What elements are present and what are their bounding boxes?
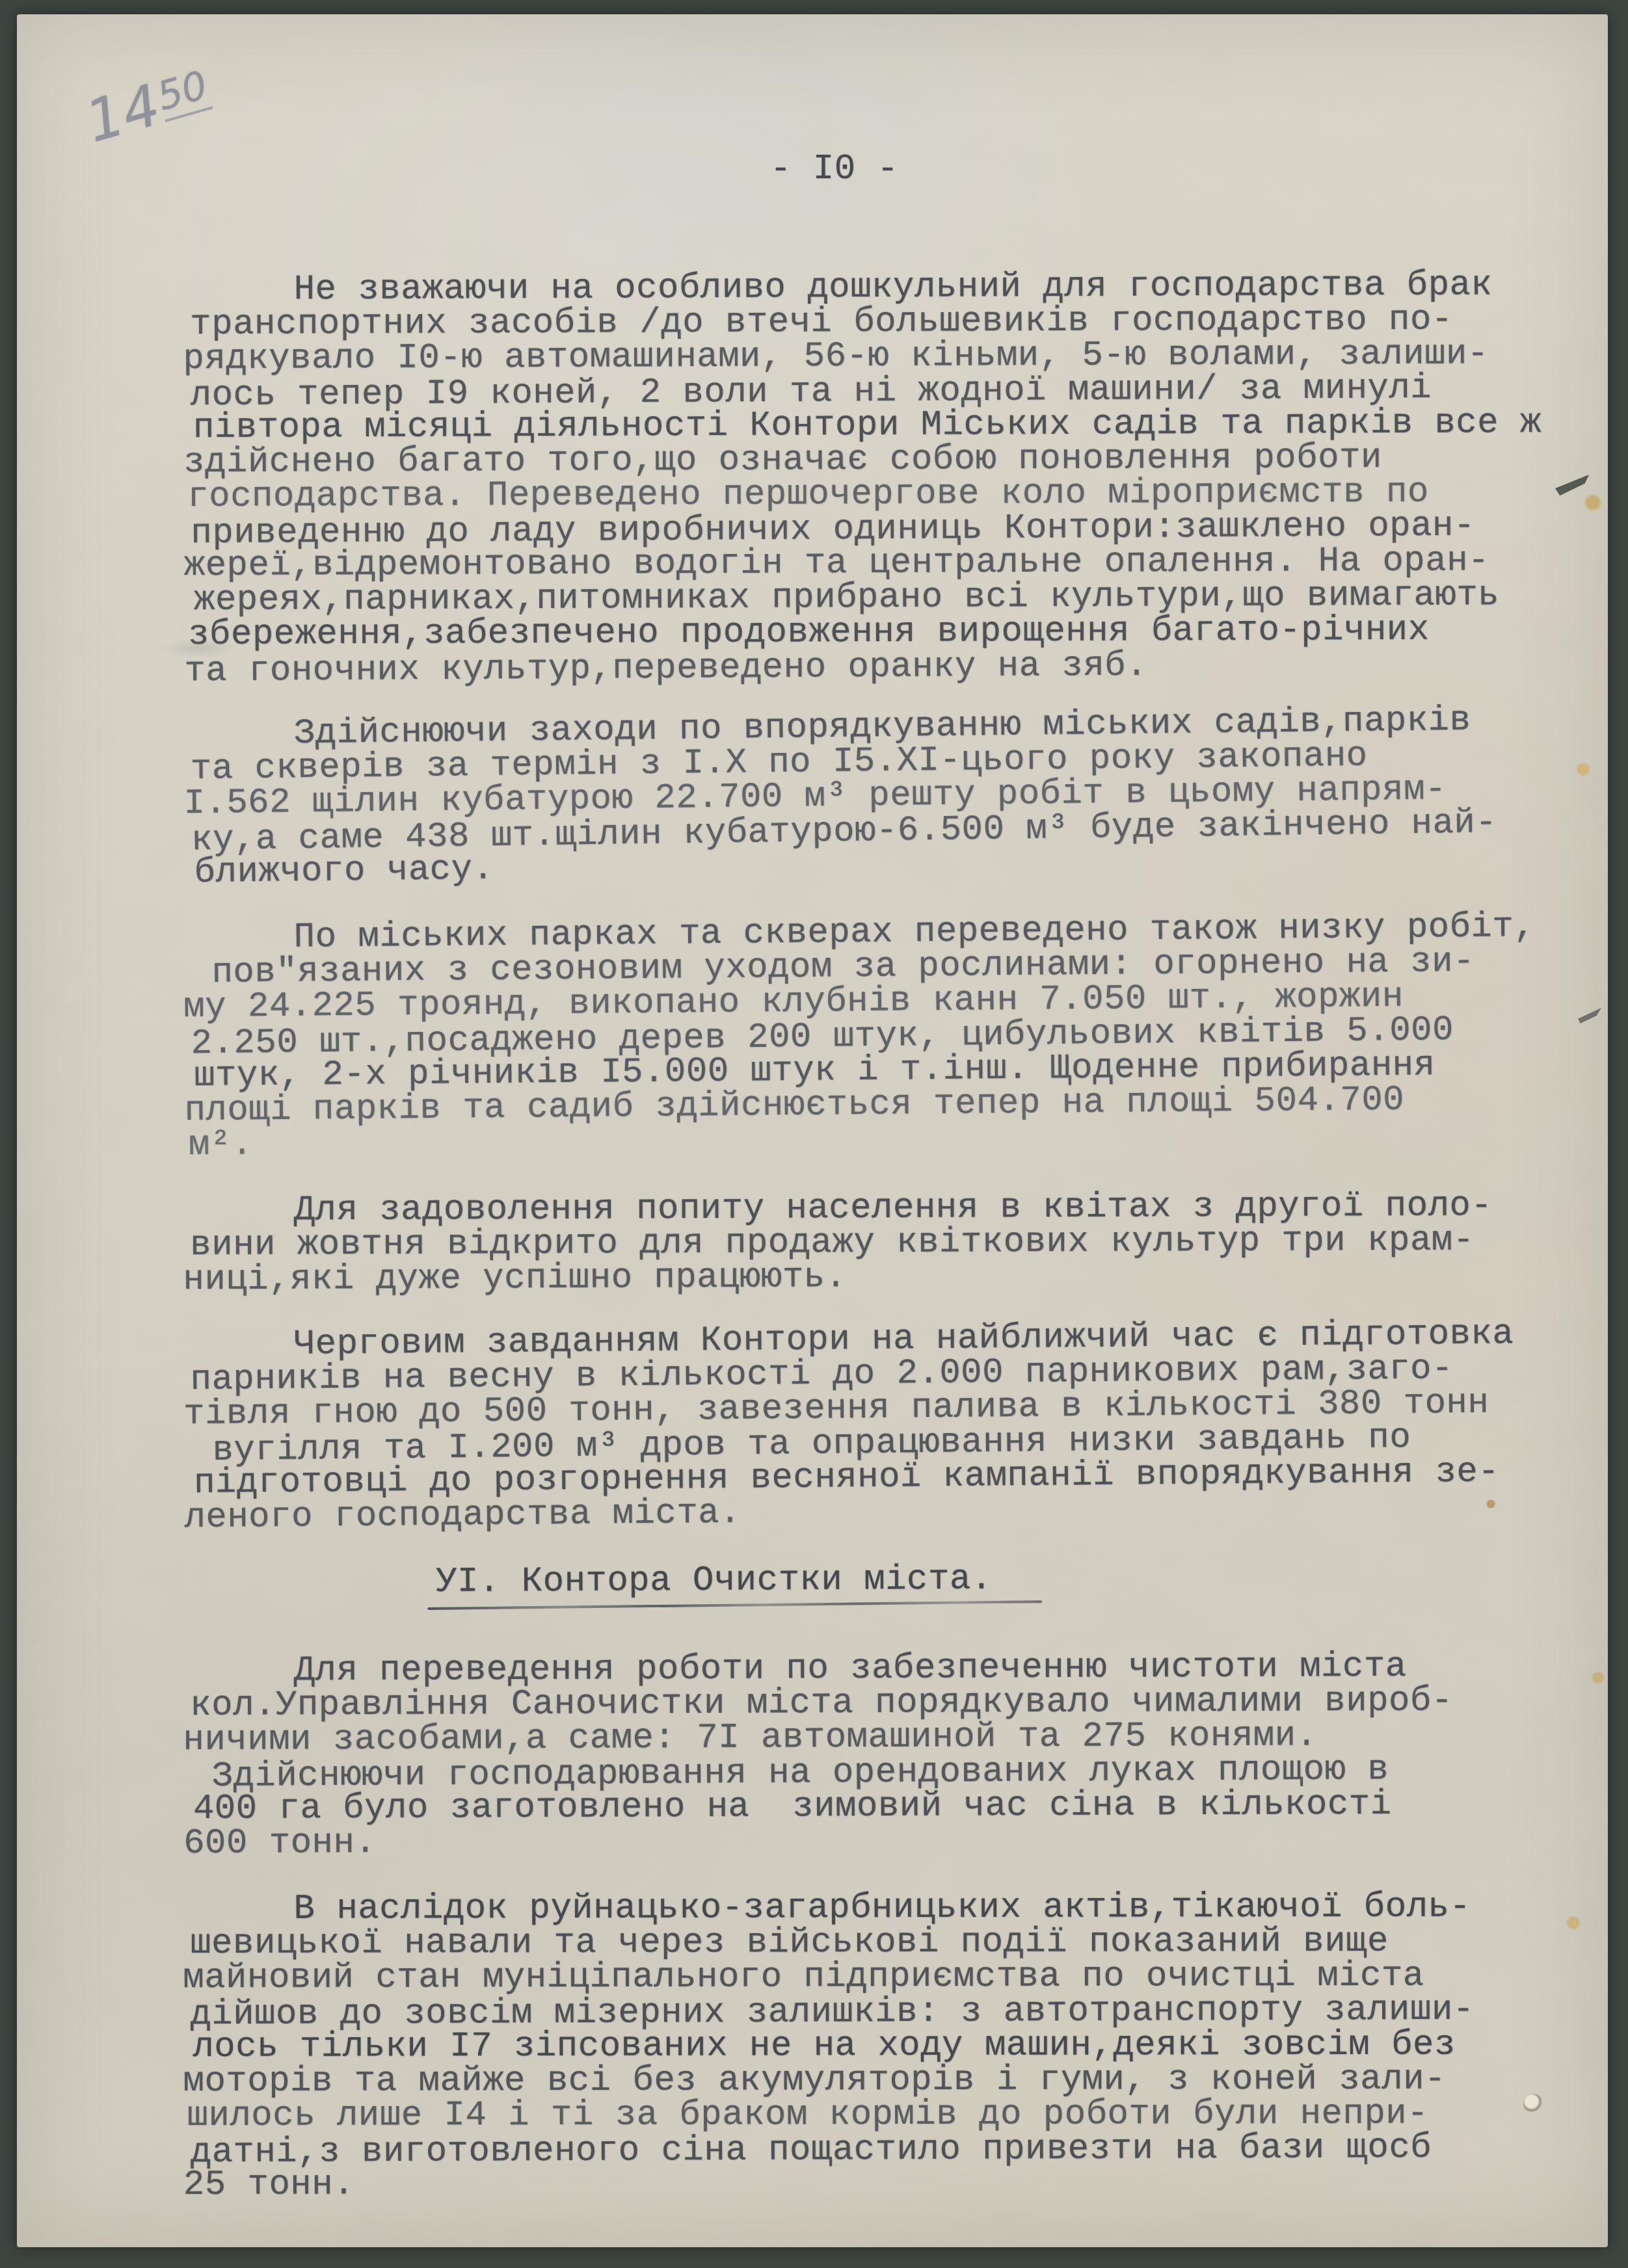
text-line: В наслідок руйнацько-загарбницьких актів… — [187, 1890, 1585, 1927]
paragraph-seasonal-plant-care: По міських парках та скверах переведено … — [187, 909, 1587, 1163]
text-line: вини жовтня відкрито для продажу квітков… — [190, 1223, 1585, 1263]
text-line: кол.Управління Саночистки міста порядкув… — [190, 1683, 1585, 1723]
text-line: та гоночних культур,переведено оранку на… — [184, 646, 1586, 689]
text-line: 25 тонн. — [183, 2165, 1586, 2202]
paper-stain — [1591, 1671, 1605, 1684]
handwritten-archival-number: 1450 — [79, 57, 217, 155]
paragraph-sanitation-office: Для переведення роботи по забезпеченню ч… — [187, 1649, 1586, 1861]
text-line: лось тепер І9 коней, 2 воли та ні жодної… — [191, 370, 1586, 413]
text-line: жереях,парниках,питомниках прибрано всі … — [194, 578, 1586, 618]
paragraph-transport-shortage: Не зважаючи на особливо дошкульний для г… — [187, 268, 1586, 687]
document-page: 1450 - І0 - Не зважаючи на особливо дошк… — [17, 14, 1608, 2247]
text-line: шевицької навали та через військові поді… — [190, 1924, 1585, 1961]
paragraph-next-tasks: Черговим завданням Контори на найближчий… — [187, 1316, 1587, 1535]
document-body: Не зважаючи на особливо дошкульний для г… — [187, 273, 1585, 2234]
section-heading-text: УІ. Контора Очистки міста. — [187, 1559, 1585, 1601]
text-line: моторів та майже всі без акумуляторів і … — [183, 2062, 1585, 2099]
paper-stain — [1583, 494, 1603, 511]
handwritten-number-sup: 50 — [152, 62, 213, 122]
paragraph-flower-shops: Для задоволення попиту населення в квіта… — [187, 1189, 1586, 1297]
text-line: ниці,які дуже успішно працюють. — [183, 1258, 1585, 1297]
paragraph-trench-works: Здійснюючи заходи по впорядкуванню міськ… — [187, 702, 1587, 890]
text-line: Здійснюючи господарювання на орендованих… — [191, 1751, 1586, 1794]
page-number: - І0 - — [770, 152, 898, 187]
paragraph-war-damage: В наслідок руйнацько-загарбницьких актів… — [187, 1890, 1586, 2202]
text-line: 600 тонн. — [183, 1821, 1586, 1861]
heading-underline — [427, 1600, 1042, 1610]
text-line: дійшов до зовсім мізерних залишків: з ав… — [190, 1992, 1585, 2032]
text-line: датні,з виготовленого сіна пощастило при… — [191, 2130, 1586, 2170]
section-heading: УІ. Контора Очистки міста. — [187, 1559, 1585, 1609]
